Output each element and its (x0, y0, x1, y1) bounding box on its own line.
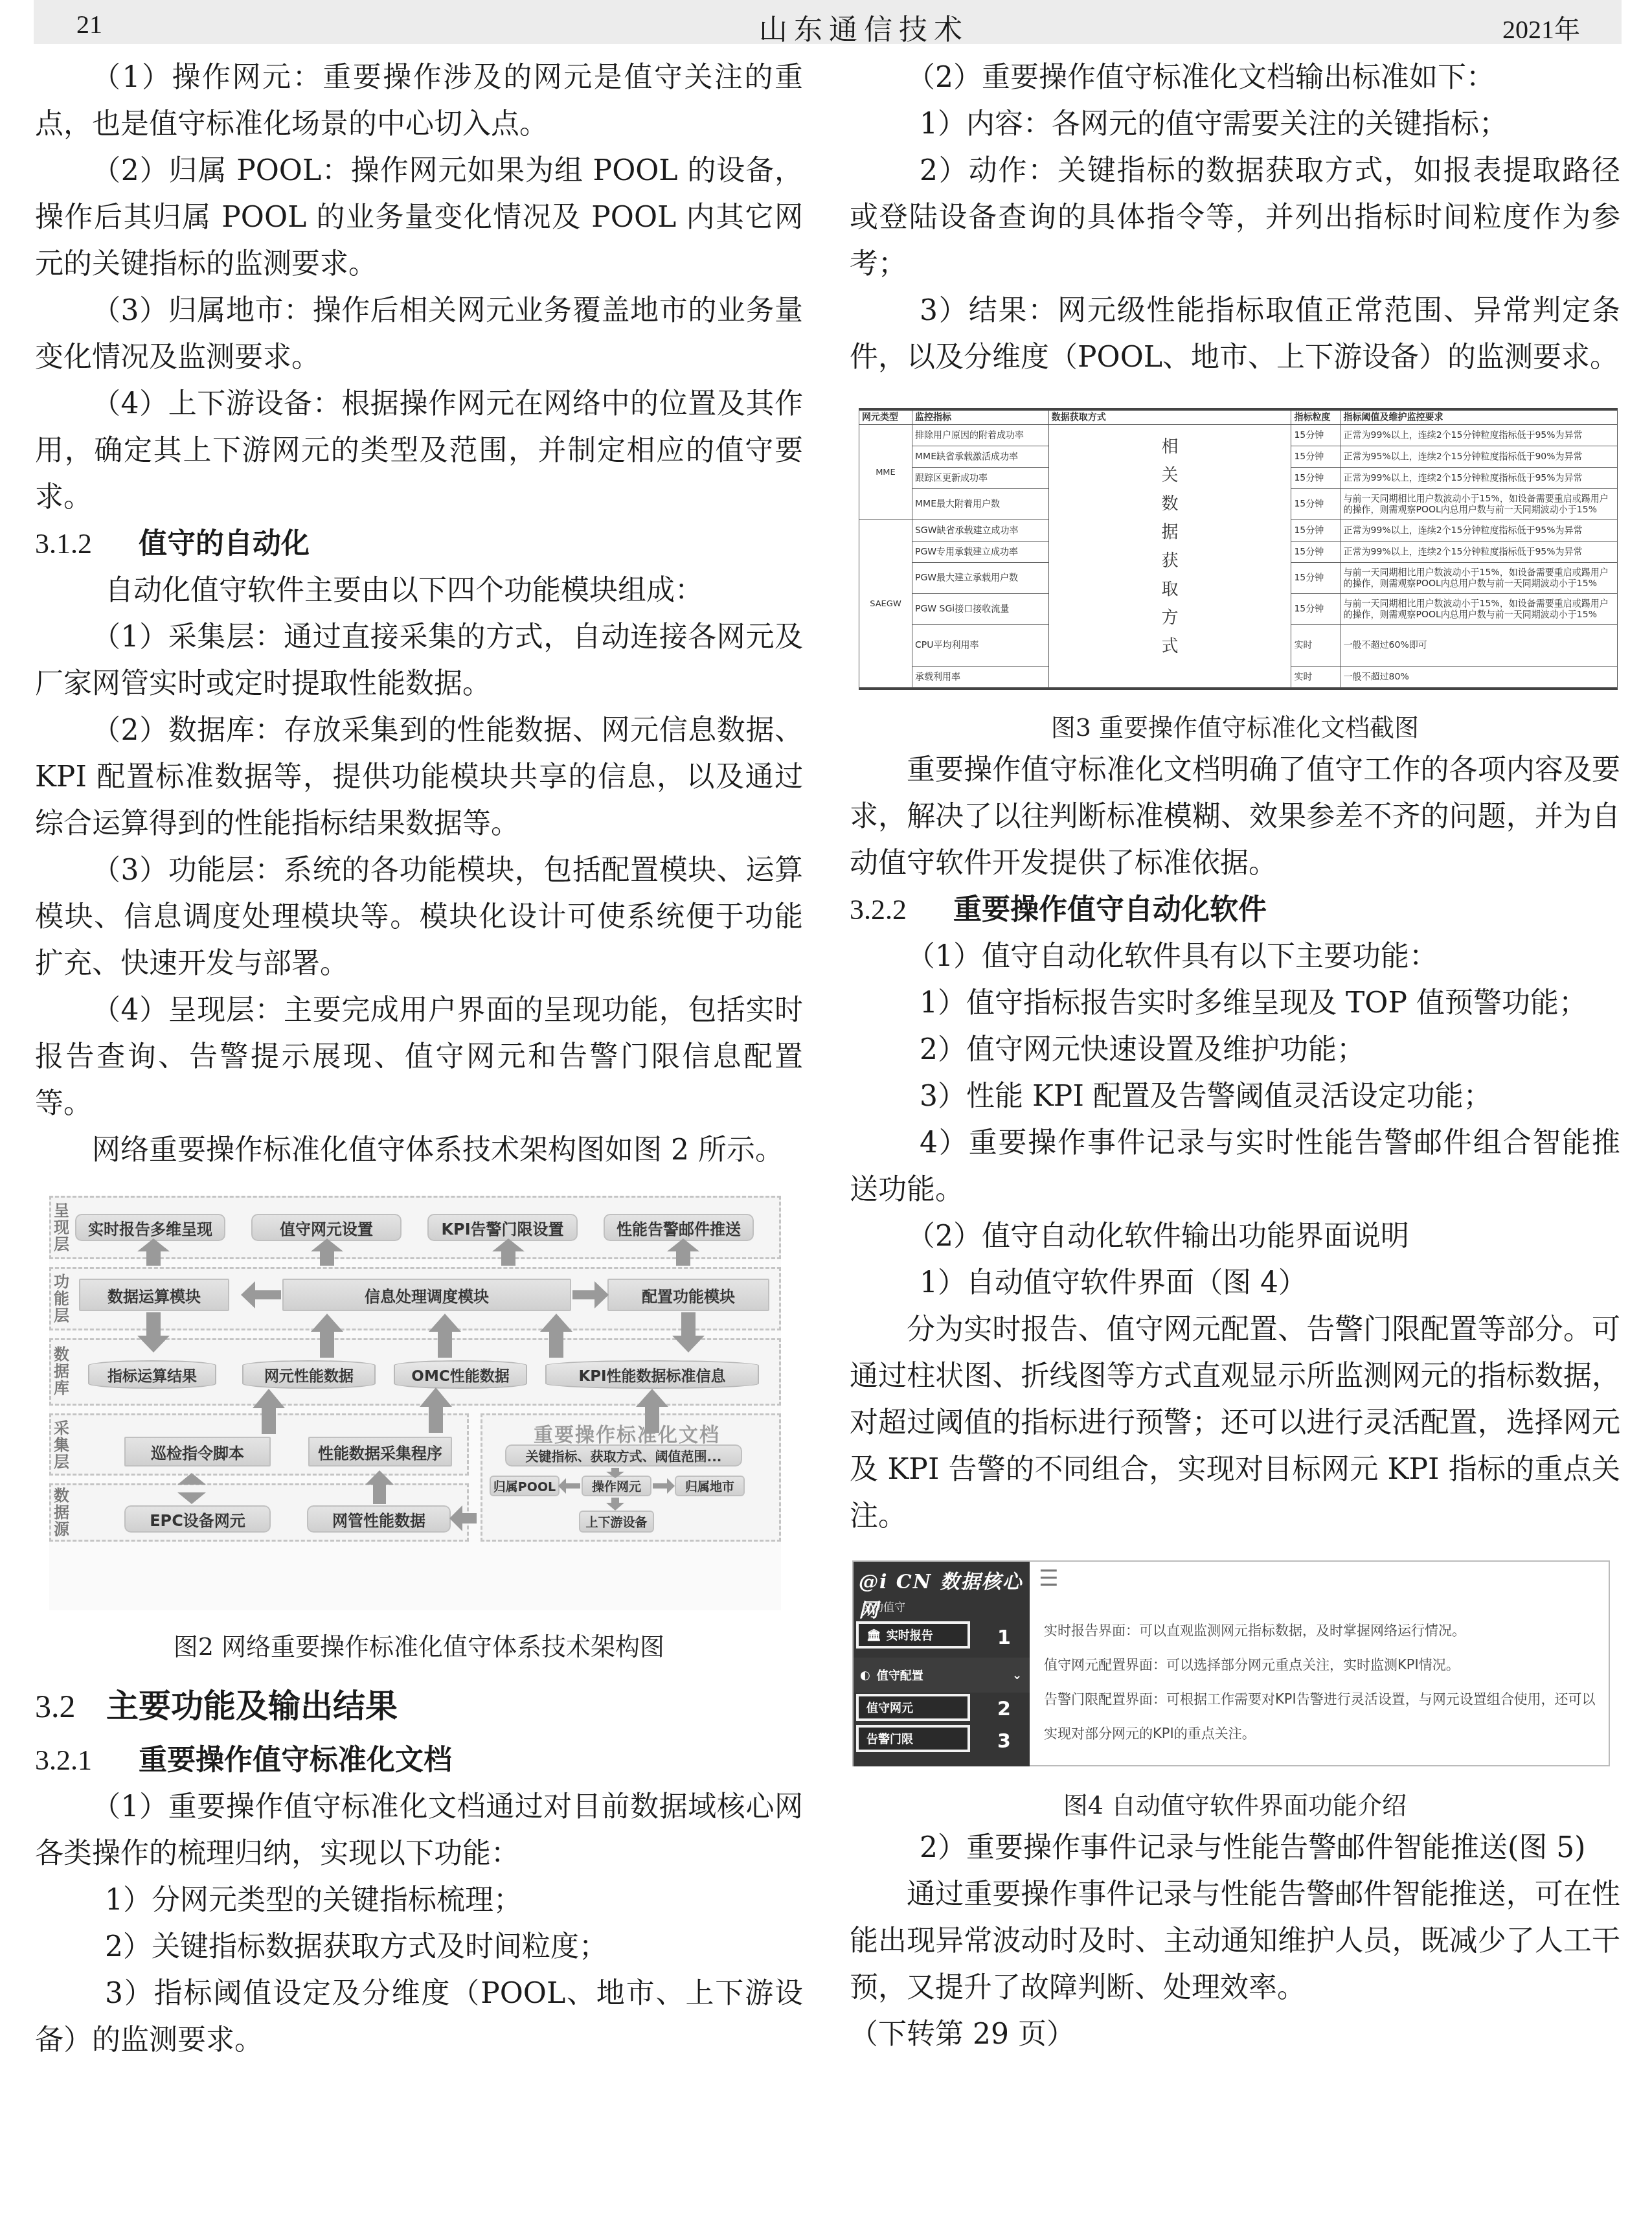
figure-4-software-ui: @i CN 数据核心网 自动值守 🏛 实时报告 ◐ 值守配置 ⌄ 值守网元 告警… (852, 1560, 1610, 1766)
section-heading-3-1-2: 3.1.2值守的自动化 (35, 521, 803, 567)
section-heading-3-2-1: 3.2.1重要操作值守标准化文档 (35, 1737, 803, 1784)
cell-metric: PGW专用承载建立成功率 (912, 542, 1048, 563)
arrow-up-icon (311, 1238, 343, 1266)
callout-number: 3 (997, 1730, 1011, 1753)
sidebar-item-label: 告警门限 (866, 1730, 913, 1747)
paragraph: （2）数据库：存放采集到的性能数据、网元信息数据、KPI 配置标准数据等，提供功… (35, 707, 803, 847)
paragraph: 3）结果：网元级性能指标取值正常范围、异常判定条件，以及分维度（POOL、地市、… (850, 288, 1620, 381)
cell-granularity: 实时 (1291, 667, 1341, 688)
arrow-up-icon (492, 1238, 525, 1266)
arrow-right-icon (572, 1281, 609, 1308)
cell-threshold: 正常为95%以上，连续2个15分钟粒度指标低于90%为异常 (1341, 446, 1617, 468)
paragraph: 2）动作：关键指标的数据获取方式，如报表提取路径或登陆设备查询的具体指令等，并列… (850, 148, 1620, 288)
sidebar-item-ne-watch[interactable]: 值守网元 (856, 1694, 970, 1721)
cell-threshold: 正常为99%以上，连续2个15分钟粒度指标低于95%为异常 (1341, 468, 1617, 489)
paragraph: （1）采集层：通过直接采集的方式，自动连接各网元及厂家网管实时或定时提取性能数据… (35, 614, 803, 707)
arrow-down-icon (672, 1312, 705, 1352)
section-title: 重要操作值守标准化文档 (139, 1744, 452, 1777)
col-header-granularity: 指标粒度 (1291, 411, 1341, 425)
cell-granularity: 15分钟 (1291, 563, 1341, 594)
paragraph: （4）呈现层：主要完成用户界面的呈现功能，包括实时报告查询、告警提示展现、值守网… (35, 987, 803, 1127)
sidebar-item-realtime-report[interactable]: 🏛 实时报告 (856, 1621, 970, 1649)
chevron-down-icon: ⌄ (1012, 1669, 1022, 1682)
arrow-down-icon (606, 1468, 624, 1478)
paragraph: 3）指标阈值设定及分维度（POOL、地市、上下游设备）的监测要求。 (35, 1970, 803, 2064)
col-header-threshold: 指标阈值及维护监控要求 (1341, 411, 1617, 425)
right-column: （2）重要操作值守标准化文档输出标准如下： 1）内容：各网元的值守需要关注的关键… (850, 54, 1620, 2058)
col-header-method: 数据获取方式 (1048, 411, 1291, 425)
section-heading-3-2-2: 3.2.2重要操作值守自动化软件 (850, 887, 1620, 933)
paragraph: 重要操作值守标准化文档明确了值守工作的各项内容及要求，解决了以往判断标准模糊、效… (850, 747, 1620, 887)
paragraph: （2）重要操作值守标准化文档输出标准如下： (850, 54, 1620, 101)
section-number: 3.2 (35, 1679, 106, 1733)
sidebar-item-label: 实时报告 (887, 1626, 933, 1643)
journal-title: 山东通信技术 (759, 6, 969, 48)
cell-threshold: 与前一天同期相比用户数波动小于15%，如设备需要重启或踢用户的操作，则需观察PO… (1341, 594, 1617, 625)
sidebar: @i CN 数据核心网 自动值守 🏛 实时报告 ◐ 值守配置 ⌄ 值守网元 告警… (854, 1562, 1030, 1766)
sidebar-group-label: 值守配置 (877, 1667, 923, 1683)
cell-metric: PGW最大建立承载用户数 (912, 563, 1048, 594)
description-realtime: 实时报告界面：可以直观监测网元指标数据，及时掌握网络运行情况。 (1044, 1614, 1601, 1648)
cell-metric: 跟踪区更新成功率 (912, 468, 1048, 489)
col-header-ne-type: 网元类型 (859, 411, 912, 425)
arrow-up-icon (540, 1314, 572, 1358)
sidebar-item-alarm-threshold[interactable]: 告警门限 (856, 1725, 970, 1752)
arrow-up-icon (311, 1314, 343, 1358)
table-row: MME 排除用户原因的附着成功率 相关数据获取方式 15分钟 正常为99%以上，… (859, 425, 1618, 446)
section-number: 3.1.2 (35, 521, 139, 567)
paragraph: 2）值守网元快速设置及维护功能； (850, 1027, 1620, 1073)
cell-threshold: 正常为99%以上，连续2个15分钟粒度指标低于95%为异常 (1341, 425, 1617, 446)
paragraph: 1）值守指标报告实时多维呈现及 TOP 值预警功能； (850, 980, 1620, 1027)
paragraph: 通过重要操作事件记录与性能告警邮件智能推送，可在性能出现异常波动时及时、主动通知… (850, 1871, 1620, 2011)
left-column: （1）操作网元：重要操作涉及的网元是值守关注的重点，也是值守标准化场景的中心切入… (35, 54, 803, 2064)
arrow-up-icon (429, 1314, 461, 1358)
sidebar-item-label: 值守网元 (866, 1699, 913, 1716)
section-heading-3-2: 3.2主要功能及输出结果 (35, 1679, 803, 1733)
cell-granularity: 15分钟 (1291, 446, 1341, 468)
cell-granularity: 实时 (1291, 625, 1341, 667)
figure-4-caption: 图4 自动值守软件界面功能介绍 (850, 1786, 1620, 1825)
page-number: 21 (76, 9, 102, 40)
cell-ne-type: SAEGW (859, 520, 912, 688)
description-ne-config: 值守网元配置界面：可以选择部分网元重点关注，实时监测KPI情况。 (1044, 1648, 1601, 1682)
arrow-left-icon (241, 1281, 281, 1308)
continued-note: （下转第 29 页） (850, 2011, 1620, 2058)
figure-3-caption: 图3 重要操作值守标准化文档截图 (850, 708, 1620, 747)
section-number: 3.2.1 (35, 1737, 139, 1784)
cell-threshold: 与前一天同期相比用户数波动小于15%，如设备需要重启或踢用户的操作，则需观察PO… (1341, 489, 1617, 520)
arrow-up-icon (636, 1389, 668, 1433)
callout-number: 1 (997, 1626, 1011, 1649)
arrow-up-icon (420, 1387, 452, 1433)
cell-granularity: 15分钟 (1291, 489, 1341, 520)
cell-granularity: 15分钟 (1291, 542, 1341, 563)
cell-metric: CPU平均利用率 (912, 625, 1048, 667)
arrow-left-icon (449, 1505, 477, 1531)
half-circle-icon: ◐ (860, 1669, 870, 1682)
arrow-up-icon (667, 1238, 699, 1266)
paragraph: 1）分网元类型的关键指标梳理； (35, 1877, 803, 1924)
sidebar-group-watch-config[interactable]: ◐ 值守配置 ⌄ (854, 1658, 1030, 1693)
description-panel: 实时报告界面：可以直观监测网元指标数据，及时掌握网络运行情况。 值守网元配置界面… (1044, 1614, 1601, 1751)
paragraph: （1）值守自动化软件具有以下主要功能： (850, 933, 1620, 980)
paragraph: 3）性能 KPI 配置及告警阈值灵活设定功能； (850, 1073, 1620, 1120)
arrow-up-icon (253, 1389, 285, 1434)
section-title: 主要功能及输出结果 (106, 1687, 398, 1725)
arrow-up-icon (365, 1470, 394, 1504)
paragraph: 1）内容：各网元的值守需要关注的关键指标； (850, 101, 1620, 148)
hamburger-icon[interactable]: ☰ (1039, 1566, 1058, 1592)
cell-granularity: 15分钟 (1291, 468, 1341, 489)
cell-metric: PGW SGi接口接收流量 (912, 594, 1048, 625)
section-number: 3.2.2 (850, 887, 953, 933)
paragraph: 网络重要操作标准化值守体系技术架构图如图 2 所示。 (35, 1127, 803, 1174)
cell-ne-type: MME (859, 425, 912, 520)
cell-metric: 排除用户原因的附着成功率 (912, 425, 1048, 446)
section-title: 重要操作值守自动化软件 (953, 893, 1267, 926)
paragraph: （3）归属地市：操作后相关网元业务覆盖地市的业务量变化情况及监测要求。 (35, 288, 803, 381)
paragraph: 4）重要操作事件记录与实时性能告警邮件组合智能推送功能。 (850, 1120, 1620, 1213)
arrow-left-icon (558, 1478, 580, 1494)
callout-number: 2 (997, 1698, 1011, 1720)
page-header: 21 山东通信技术 2021年 (34, 0, 1622, 44)
paragraph: 1）自动值守软件界面（图 4） (850, 1260, 1620, 1306)
section-title: 值守的自动化 (139, 527, 310, 560)
cell-threshold: 一般不超过60%即可 (1341, 625, 1617, 667)
paragraph: 2）关键指标数据获取方式及时间粒度； (35, 1924, 803, 1970)
col-header-metric: 监控指标 (912, 411, 1048, 425)
figure-3-standard-doc-table: 网元类型 监控指标 数据获取方式 指标粒度 指标阈值及维护监控要求 MME 排除… (859, 408, 1618, 690)
paragraph: （2）值守自动化软件输出功能界面说明 (850, 1213, 1620, 1260)
paragraph: （4）上下游设备：根据操作网元在网络中的位置及其作用，确定其上下游网元的类型及范… (35, 381, 803, 521)
paragraph: （2）归属 POOL：操作网元如果为组 POOL 的设备，操作后其归属 POOL… (35, 148, 803, 288)
paragraph: 分为实时报告、值守网元配置、告警门限配置等部分。可通过柱状图、折线图等方式直观显… (850, 1306, 1620, 1540)
method-vertical-text: 相关数据获取方式 (1160, 433, 1180, 661)
kpi-standard-table: 网元类型 监控指标 数据获取方式 指标粒度 指标阈值及维护监控要求 MME 排除… (859, 410, 1618, 688)
cell-granularity: 15分钟 (1291, 520, 1341, 542)
diagram-arrows (49, 1196, 781, 1610)
cell-granularity: 15分钟 (1291, 594, 1341, 625)
cell-method: 相关数据获取方式 (1048, 425, 1291, 688)
arrow-down-icon (606, 1498, 624, 1511)
figure-2-architecture-diagram: 呈现层 功能层 数据库 采集层 数据源 实时报告多维呈现 值守网元设置 KPI告… (49, 1196, 781, 1610)
cell-metric: MME缺省承载激活成功率 (912, 446, 1048, 468)
figure-2-caption: 图2 网络重要操作标准化值守体系技术架构图 (35, 1627, 803, 1666)
paragraph: （1）重要操作值守标准化文档通过对目前数据域核心网各类操作的梳理归纳，实现以下功… (35, 1784, 803, 1877)
bank-icon: 🏛 (866, 1628, 881, 1642)
cell-threshold: 与前一天同期相比用户数波动小于15%，如设备需要重启或踢用户的操作，则需观察PO… (1341, 563, 1617, 594)
cell-granularity: 15分钟 (1291, 425, 1341, 446)
issue-year: 2021年 (1502, 9, 1580, 46)
arrow-down-icon (137, 1312, 170, 1352)
sidebar-section-label: 自动值守 (861, 1598, 905, 1614)
cell-threshold: 正常为99%以上，连续2个15分钟粒度指标低于95%为异常 (1341, 520, 1617, 542)
paragraph: 2）重要操作事件记录与性能告警邮件智能推送(图 5) (850, 1825, 1620, 1871)
paragraph: 自动化值守软件主要由以下四个功能模块组成： (35, 567, 803, 614)
cell-threshold: 一般不超过80% (1341, 667, 1617, 688)
cell-metric: 承载利用率 (912, 667, 1048, 688)
arrow-up-icon (137, 1238, 170, 1266)
paragraph: （3）功能层：系统的各功能模块，包括配置模块、运算模块、信息调度处理模块等。模块… (35, 847, 803, 987)
cell-threshold: 正常为99%以上，连续2个15分钟粒度指标低于95%为异常 (1341, 542, 1617, 563)
cell-metric: MME最大附着用户数 (912, 489, 1048, 520)
paragraph: （1）操作网元：重要操作涉及的网元是值守关注的重点，也是值守标准化场景的中心切入… (35, 54, 803, 148)
arrow-right-icon (653, 1478, 675, 1494)
description-alarm-config: 告警门限配置界面：可根据工作需要对KPI告警进行灵活设置，与网元设置组合使用，还… (1044, 1682, 1601, 1751)
cell-metric: SGW缺省承载建立成功率 (912, 520, 1048, 542)
arrow-bidirectional-icon (177, 1473, 206, 1504)
